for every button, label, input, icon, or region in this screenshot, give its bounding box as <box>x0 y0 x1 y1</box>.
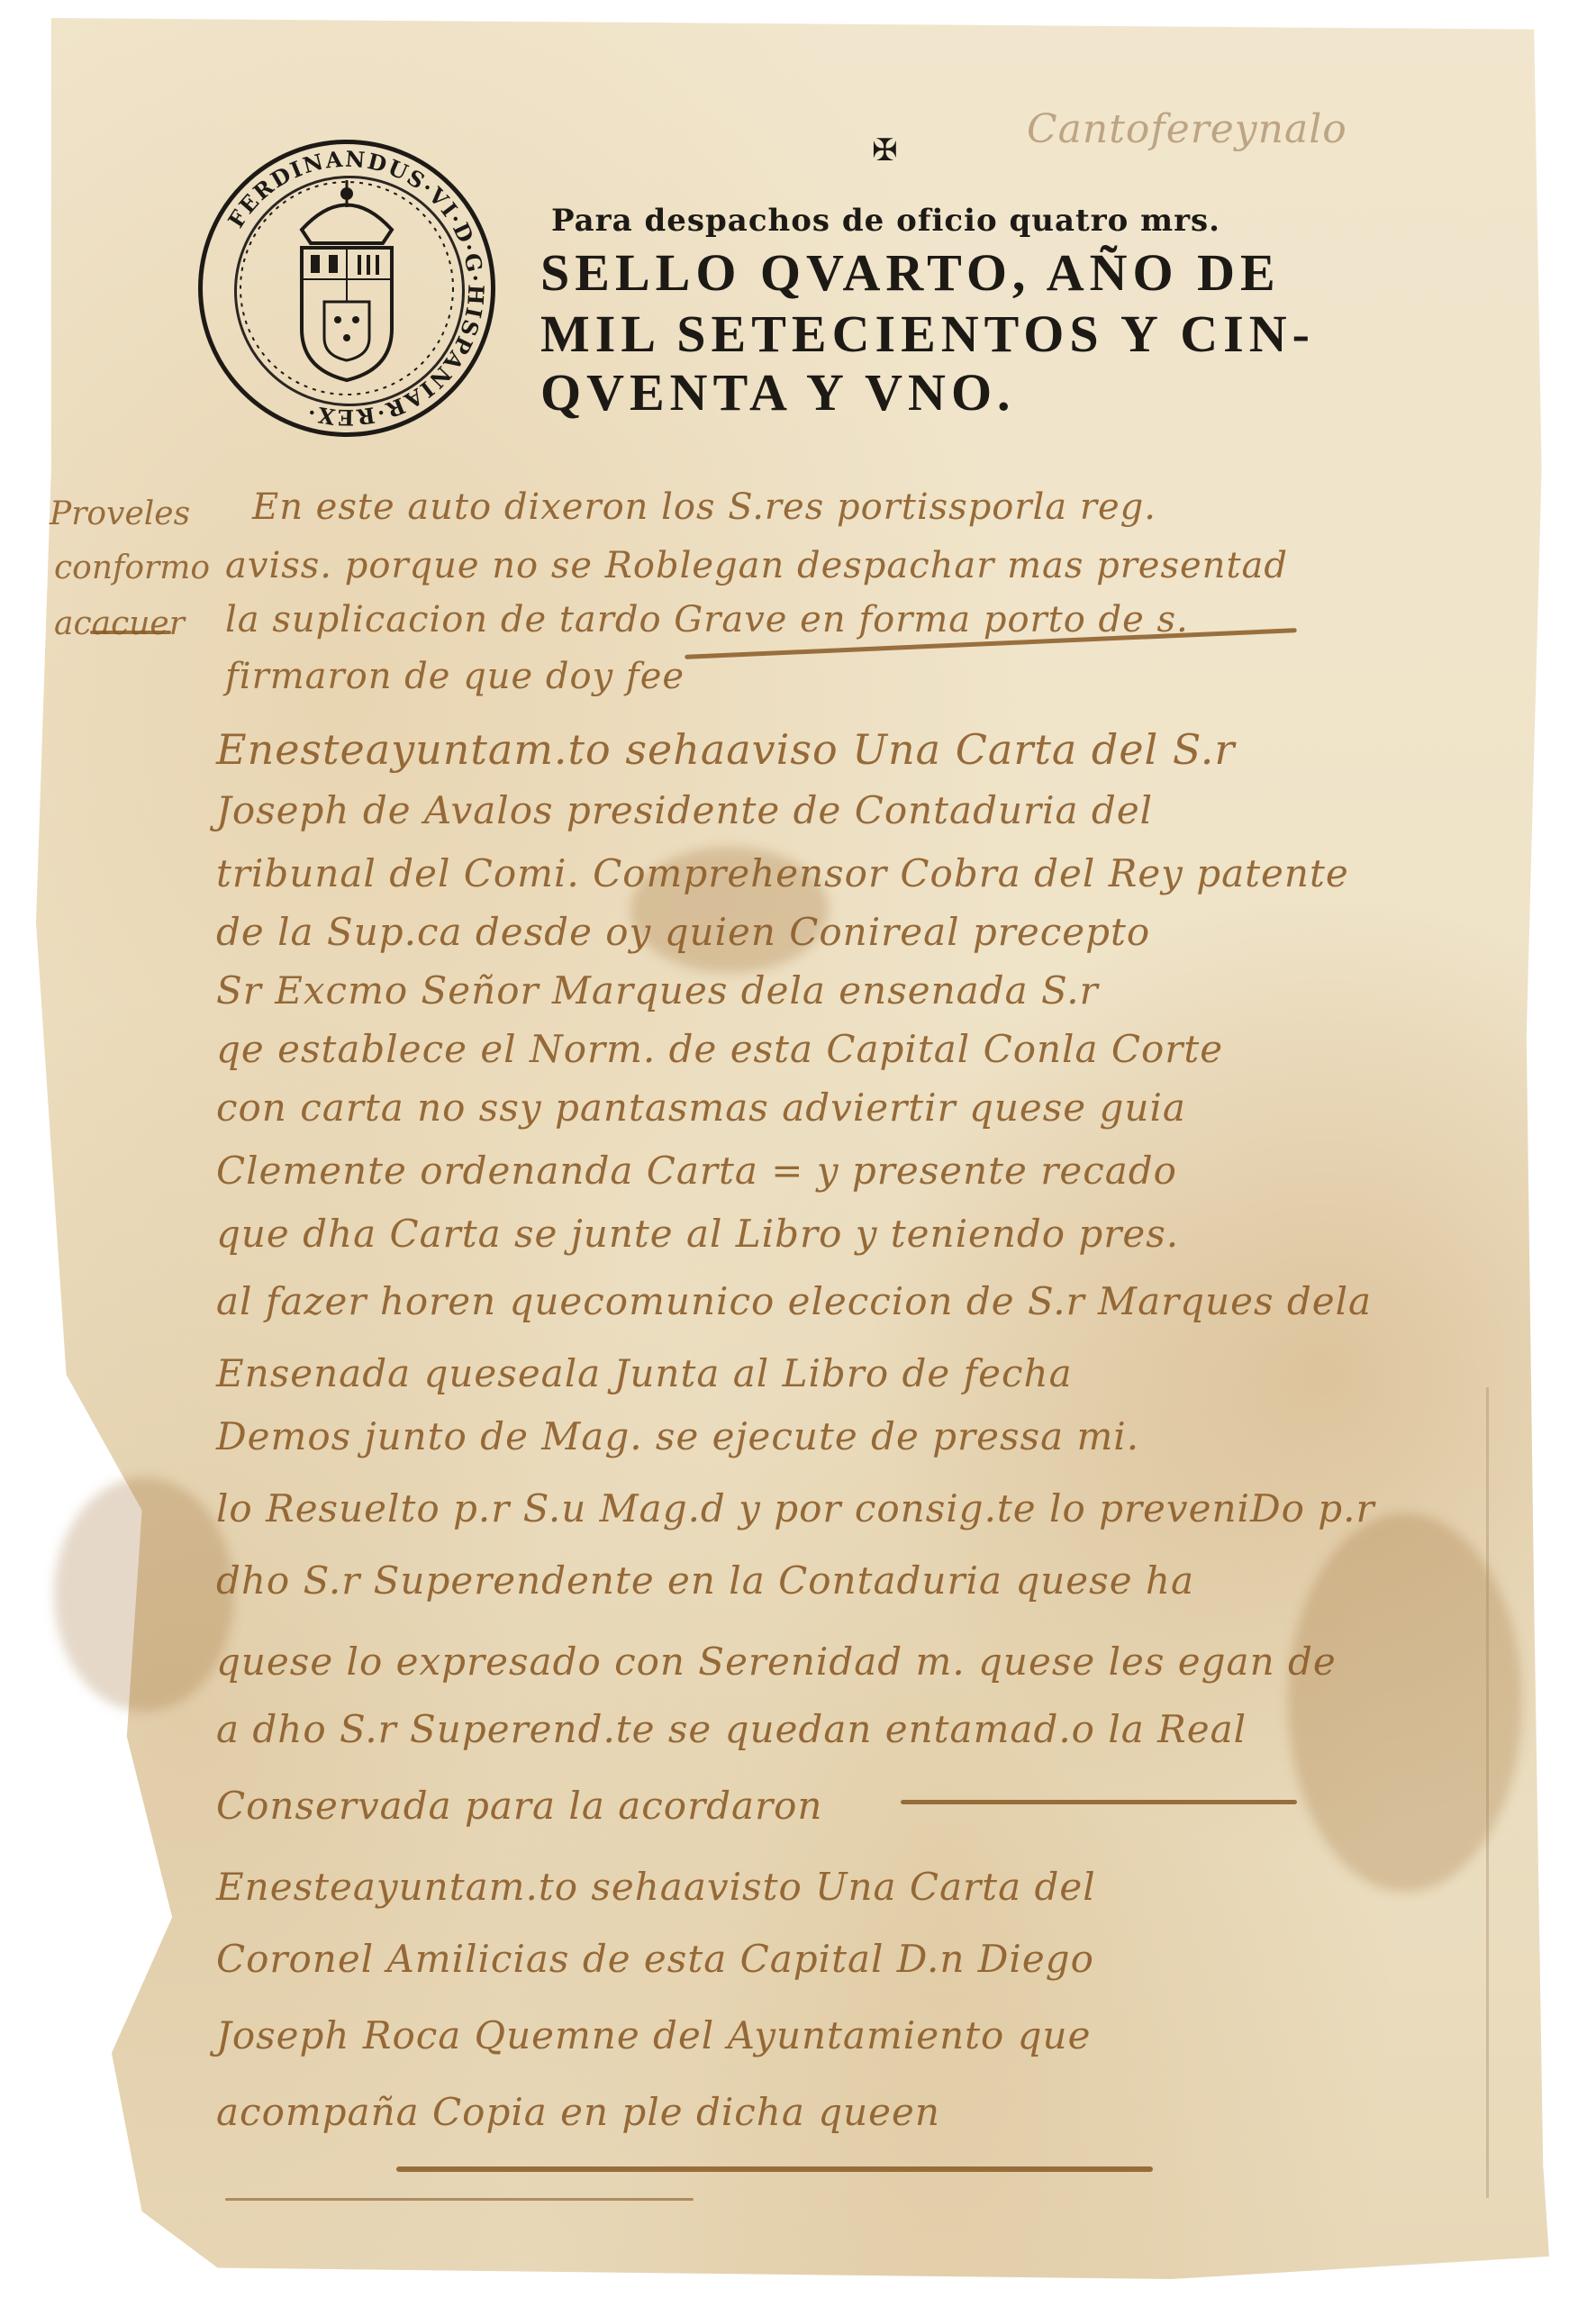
manuscript-line-13: que dha Carta se junte al Libro y tenien… <box>216 1212 1179 1256</box>
stamp-title-line-3: QVENTA Y VNO. <box>540 365 1016 421</box>
margin-note-1: Proveles <box>50 495 190 532</box>
top-annotation: Cantofereynalo <box>1027 106 1347 152</box>
coat-of-arms-icon: FERDINANDUS·VI·D·G·HISPANIAR·REX· <box>203 144 491 432</box>
stamp-title-line-1: SELLO QVARTO, AÑO DE <box>540 245 1281 301</box>
manuscript-line-6: Joseph de Avalos presidente de Contaduri… <box>216 788 1153 832</box>
margin-note-2: conformo <box>54 550 210 586</box>
maltese-cross-icon: ✠ <box>872 133 899 168</box>
manuscript-line-2: aviss. porque no se Roblegan despachar m… <box>225 545 1288 586</box>
manuscript-line-15: Ensenada queseala Junta al Libro de fech… <box>216 1351 1073 1395</box>
stamp-title-line-2: MIL SETECIENTOS Y CIN- <box>540 306 1315 362</box>
manuscript-line-25: acompaña Copia en ple dicha queen <box>216 2090 940 2134</box>
manuscript-line-4: firmaron de que doy fee <box>225 656 685 697</box>
manuscript-line-3: la suplicacion de tardo Grave en forma p… <box>225 599 1189 640</box>
paper-fold <box>1486 1387 1489 2198</box>
closing-rule <box>225 2198 694 2201</box>
svg-text:FERDINANDUS·VI·D·G·HISPANIAR·R: FERDINANDUS·VI·D·G·HISPANIAR·REX· <box>222 146 489 431</box>
manuscript-line-19: quese lo expresado con Serenidad m. ques… <box>216 1639 1337 1684</box>
manuscript-line-14: al fazer horen quecomunico eleccion de S… <box>216 1279 1372 1323</box>
closing-rule <box>396 2166 1153 2172</box>
manuscript-line-10: qe establece el Norm. de esta Capital Co… <box>216 1027 1223 1071</box>
manuscript-line-20: a dho S.r Superend.te se quedan entamad.… <box>216 1707 1247 1751</box>
manuscript-line-1: En este auto dixeron los S.res portisspo… <box>252 486 1156 528</box>
manuscript-line-24: Joseph Roca Quemne del Ayuntamiento que <box>216 2013 1091 2057</box>
closing-rule <box>901 1800 1297 1804</box>
manuscript-line-18: dho S.r Superendente en la Contaduria qu… <box>216 1558 1194 1603</box>
manuscript-line-7: tribunal del Comi. Comprehensor Cobra de… <box>216 851 1349 895</box>
manuscript-line-9: Sr Excmo Señor Marques dela ensenada S.r <box>216 968 1099 1013</box>
margin-note-3: acacuer <box>54 605 185 642</box>
ink-stain <box>54 1477 234 1712</box>
manuscript-line-17: lo Resuelto p.r S.u Mag.d y por consig.t… <box>216 1486 1375 1530</box>
manuscript-line-23: Coronel Amilicias de esta Capital D.n Di… <box>216 1937 1094 1981</box>
manuscript-line-11: con carta no ssy pantasmas adviertir que… <box>216 1085 1186 1130</box>
manuscript-line-21: Conservada para la acordaron <box>216 1784 822 1828</box>
margin-rule <box>90 631 171 634</box>
manuscript-line-22: Enesteayuntam.to sehaavisto Una Carta de… <box>216 1865 1096 1909</box>
royal-seal: FERDINANDUS·VI·D·G·HISPANIAR·REX· <box>198 140 495 437</box>
manuscript-line-12: Clemente ordenanda Carta = y presente re… <box>216 1149 1177 1193</box>
manuscript-line-5: Enesteayuntam.to sehaaviso Una Carta del… <box>216 725 1235 774</box>
manuscript-line-8: de la Sup.ca desde oy quien Conireal pre… <box>216 910 1150 954</box>
stamp-subtitle: Para despachos de oficio quatro mrs. <box>551 203 1220 239</box>
manuscript-line-16: Demos junto de Mag. se ejecute de pressa… <box>216 1414 1139 1458</box>
